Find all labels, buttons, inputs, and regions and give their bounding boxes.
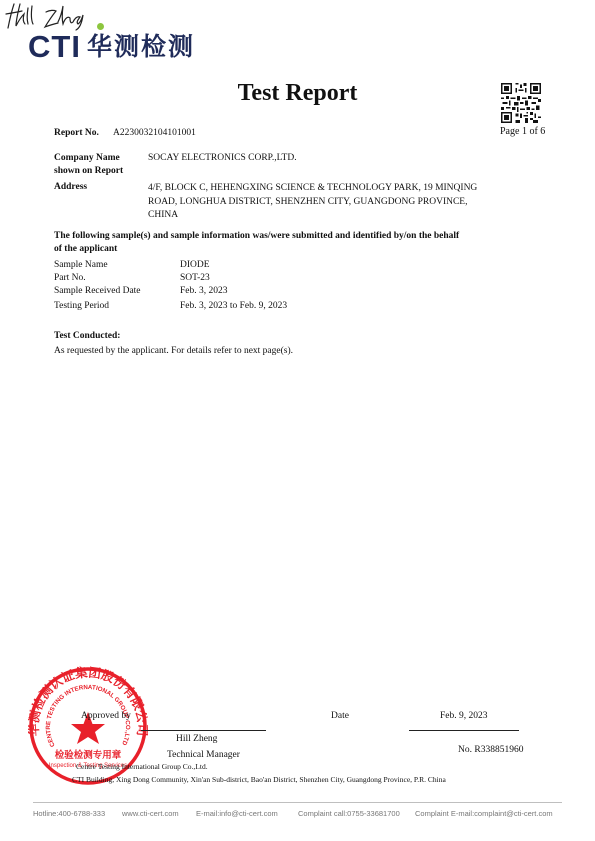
row-label: Sample Received Date [54,285,180,298]
sample-intro-line2: of the applicant [54,244,117,254]
table-row: Part No. SOT-23 [54,272,287,285]
date-label: Date [331,711,349,721]
logo-latin: CTI [28,32,81,62]
table-row: Sample Name DIODE [54,259,287,272]
page-indicator: Page 1 of 6 [500,126,545,137]
logo-dot-icon [97,23,104,30]
serial-number: No. R338851960 [458,745,523,755]
signer-name: Hill Zheng [176,734,217,744]
signature-line [141,730,266,731]
website-link[interactable]: www.cti-cert.com [122,809,179,818]
sample-info-table: Sample Name DIODE Part No. SOT-23 Sample… [54,259,287,313]
company-footer-name: Centre Testing International Group Co.,L… [76,762,208,771]
test-conducted-text: As requested by the applicant. For detai… [54,346,293,356]
company-footer-address: CTI Building, Xing Dong Community, Xin'a… [72,775,446,784]
signer-title: Technical Manager [167,750,240,760]
address-line: CHINA [148,209,477,223]
row-value: SOT-23 [180,272,210,285]
date-line [409,730,519,731]
address-line: 4/F, BLOCK C, HEHENGXING SCIENCE & TECHN… [148,182,477,196]
company-label-line1: Company Name [54,153,120,163]
report-no-label: Report No. [54,128,99,138]
sample-intro-line1: The following sample(s) and sample infor… [54,231,459,241]
svg-text:检验检测专用章: 检验检测专用章 [55,749,122,761]
company-label-line2: shown on Report [54,166,123,176]
report-no-value: A2230032104101001 [113,128,196,138]
qr-code-icon[interactable] [501,83,541,123]
complaint-call: Complaint call:0755-33681700 [298,809,400,818]
test-conducted-heading: Test Conducted: [54,331,120,341]
row-label: Part No. [54,272,180,285]
logo-chinese: 华测检测 [87,32,195,62]
address-value: 4/F, BLOCK C, HEHENGXING SCIENCE & TECHN… [148,182,477,223]
date-value: Feb. 9, 2023 [440,711,488,721]
row-value: Feb. 3, 2023 [180,285,228,298]
row-label: Testing Period [54,300,180,313]
footer-divider [33,802,562,803]
hotline: Hotline:400-6788-333 [33,809,105,818]
company-name-value: SOCAY ELECTRONICS CORP.,LTD. [148,153,297,163]
address-label: Address [54,182,87,192]
complaint-email-link[interactable]: Complaint E-mail:complaint@cti-cert.com [415,809,553,818]
row-value: Feb. 3, 2023 to Feb. 9, 2023 [180,300,287,313]
table-row: Testing Period Feb. 3, 2023 to Feb. 9, 2… [54,300,287,313]
table-row: Sample Received Date Feb. 3, 2023 [54,285,287,298]
cti-logo: CTI 华测检测 [28,28,195,62]
row-label: Sample Name [54,259,180,272]
email-link[interactable]: E-mail:info@cti-cert.com [196,809,278,818]
address-line: ROAD, LONGHUA DISTRICT, SHENZHEN CITY, G… [148,196,477,210]
approved-by-label: Approved by [81,711,131,721]
row-value: DIODE [180,259,210,272]
